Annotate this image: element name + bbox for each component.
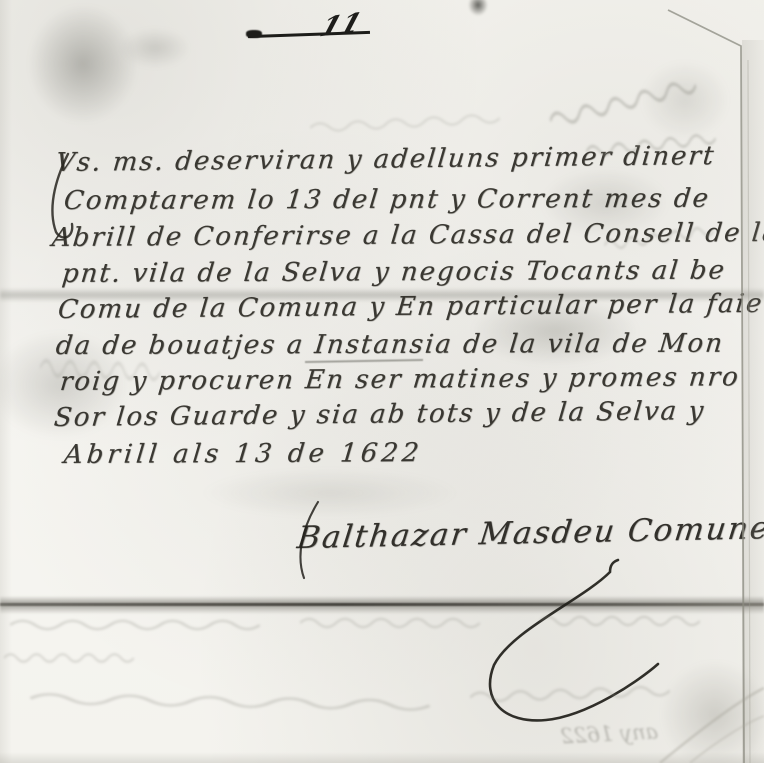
left-margin-shade [0,0,12,763]
paper-edge-right [0,0,764,763]
manuscript-scan: 11 Vs. ms. deserviran y adelluns primer … [0,0,764,763]
right-margin-shade [742,40,764,763]
